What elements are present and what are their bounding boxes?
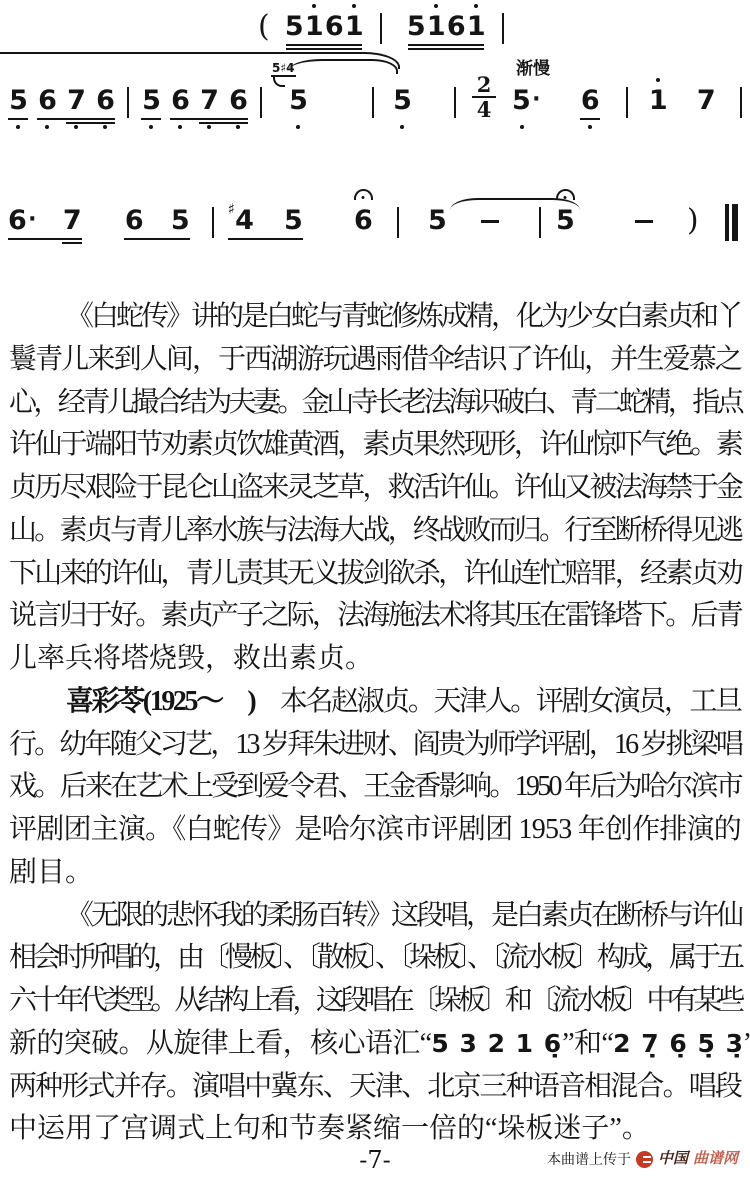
jianpu-note-6: 6· bbox=[8, 206, 38, 236]
octave-dot-below bbox=[236, 125, 240, 129]
barline bbox=[212, 207, 214, 238]
note-digit: 5 bbox=[284, 206, 302, 236]
beam-group: 65 bbox=[124, 206, 190, 236]
watermark-brand-dark: 中国 bbox=[658, 1150, 688, 1168]
parenthesis: ) bbox=[687, 204, 699, 238]
octave-dot-above bbox=[352, 4, 356, 8]
music-system-2: 5676567655♯4524渐慢5·617 bbox=[8, 86, 742, 120]
tie-curve bbox=[450, 198, 580, 212]
spacer bbox=[699, 206, 725, 207]
jianpu-note-1: 1 bbox=[344, 12, 364, 42]
spacer bbox=[364, 12, 380, 13]
beam-line bbox=[286, 48, 362, 50]
music-system-3: 6·765♯45655) bbox=[8, 206, 738, 241]
watermark: 本曲谱上传于 中国 曲谱网 bbox=[547, 1150, 738, 1168]
note-digit: 7 bbox=[697, 86, 715, 116]
text-segment: 下山来的许仙，青儿责其无义拔剑欲杀，许仙连忙赔罪，经素贞劝 bbox=[9, 558, 741, 589]
paragraph-1-line-9: 儿率兵将塔烧毁，救出素贞。 bbox=[9, 638, 741, 681]
spacer bbox=[308, 86, 372, 87]
text-segment: 本名赵淑贞。天津人。评剧女演员，工旦 bbox=[254, 686, 740, 717]
note-digit: 7 bbox=[63, 206, 81, 236]
jianpu-note-7: 7 bbox=[62, 206, 82, 236]
octave-dot-below bbox=[103, 125, 107, 129]
jianpu-note-1: 1 bbox=[466, 12, 486, 42]
note-digit: 6 bbox=[229, 86, 247, 116]
barline bbox=[740, 87, 742, 118]
line-text: 六十年代类型。从结构上看，这段唱在〔垛板〕和〔流水板〕中有某些 bbox=[9, 980, 741, 1023]
text-segment: 新的突破。从旋律上看，核心语汇“ bbox=[9, 1028, 431, 1059]
paragraph-1-line-8: 说言归于好。素贞产子之际，法海施法术将其压在雷锋塔下。后青 bbox=[9, 595, 741, 638]
beam-line bbox=[408, 44, 484, 46]
note-digit: 5 bbox=[285, 12, 303, 42]
jianpu-note-6: 6 bbox=[170, 86, 190, 116]
jianpu-note-6: 6 bbox=[580, 86, 600, 116]
octave-dot-below bbox=[74, 125, 78, 129]
duration-dash bbox=[481, 220, 499, 223]
spacer bbox=[373, 206, 397, 207]
beam-group: 5676 bbox=[8, 86, 115, 116]
paragraph-2-line-4: 评剧团主演。《白蛇传》是哈尔滨市评剧团 1953 年创作排演的 bbox=[9, 809, 741, 852]
line-text: 相会时所唱的，由〔慢板〕、〔散板〕、〔垛板〕、〔流水板〕构成，属于五 bbox=[9, 937, 741, 980]
beam-line bbox=[199, 122, 248, 124]
octave-dot-below bbox=[400, 125, 404, 129]
jianpu-note-5: 5 bbox=[170, 206, 190, 236]
spacer bbox=[382, 12, 406, 13]
jianpu-note-5: 5 bbox=[427, 206, 447, 236]
note-digit: 1 bbox=[345, 12, 363, 42]
jianpu-note-5: 5· bbox=[512, 86, 542, 116]
octave-dot-above bbox=[312, 4, 316, 8]
paragraph-3-line-2: 相会时所唱的，由〔慢板〕、〔散板〕、〔垛板〕、〔流水板〕构成，属于五 bbox=[9, 937, 741, 980]
watermark-prefix: 本曲谱上传于 bbox=[547, 1150, 631, 1168]
octave-dot-below bbox=[296, 125, 300, 129]
paragraph-1-line-5: 贞历尽艰险于昆仑山盗来灵芝草，救活许仙。许仙又被法海禁于金 bbox=[9, 467, 741, 510]
augmentation-dot: · bbox=[530, 86, 542, 114]
score-page: { "page": { "background": "#ffffff", "in… bbox=[0, 0, 750, 1182]
text-segment: ”和“ bbox=[562, 1028, 613, 1059]
beam-line bbox=[66, 122, 115, 124]
jianpu-note-7: 7 bbox=[66, 86, 86, 116]
barline bbox=[260, 87, 262, 118]
text-segment: 山。素贞与青儿率水族与法海大战，终战败而归。行至断桥得见逃 bbox=[9, 515, 741, 546]
spacer bbox=[214, 206, 228, 207]
final-barline-thick bbox=[732, 204, 738, 241]
jianpu-note-1: 1 bbox=[426, 12, 446, 42]
text-segment: 六十年代类型。从结构上看，这段唱在〔垛板〕和〔流水板〕中有某些 bbox=[9, 985, 741, 1016]
final-barline bbox=[725, 204, 738, 241]
spacer bbox=[412, 86, 454, 87]
final-barline-thin bbox=[725, 204, 729, 241]
time-signature-numerator: 2 bbox=[477, 74, 492, 95]
note-digit: 6 bbox=[581, 86, 599, 116]
note-digit: 5 bbox=[407, 12, 425, 42]
paragraph-3-line-3: 六十年代类型。从结构上看，这段唱在〔垛板〕和〔流水板〕中有某些 bbox=[9, 980, 741, 1023]
note-digit: 5 bbox=[171, 206, 189, 236]
jianpu-note-6: 6 bbox=[324, 12, 344, 42]
line-text: 中运用了宫调式上句和节奏紧缩一倍的“垛板迷子”。 bbox=[9, 1108, 650, 1151]
paragraph-3-line-6: 中运用了宫调式上句和节奏紧缩一倍的“垛板迷子”。 bbox=[9, 1108, 741, 1151]
jianpu-note-5: 5 bbox=[406, 12, 426, 42]
jianpu-note-7: 7 bbox=[199, 86, 219, 116]
paragraph-1-line-6: 山。素贞与青儿率水族与法海大战，终战败而归。行至断桥得见逃 bbox=[9, 510, 741, 553]
line-text: 贞历尽艰险于昆仑山盗来灵芝草，救活许仙。许仙又被法海禁于金 bbox=[9, 467, 741, 510]
note-digit: 7 bbox=[67, 86, 85, 116]
note-digit: 1 bbox=[427, 12, 445, 42]
beam-line bbox=[228, 238, 303, 240]
inline-jianpu-phrase: 2 7̣ 6̣ 5̣ 3̣ bbox=[613, 1029, 744, 1058]
text-segment: 儿率兵将塔烧毁，救出素贞。 bbox=[9, 643, 373, 674]
note-digit: 6 bbox=[354, 206, 372, 236]
beam-group: 5161 bbox=[406, 12, 486, 42]
jianpu-note-7: 7 bbox=[696, 86, 716, 116]
line-text: 心，经青儿撮合结为夫妻。金山寺长老法海识破白、青二蛇精，指点 bbox=[9, 382, 741, 425]
spacer bbox=[248, 86, 260, 87]
note-digit: 6 bbox=[96, 86, 114, 116]
paragraph-1-line-3: 心，经青儿撮合结为夫妻。金山寺长老法海识破白、青二蛇精，指点 bbox=[9, 382, 741, 425]
paragraph-2-line-3: 戏。后来在艺术上受到爱令君、王金香影响。1950 年后为哈尔滨市 bbox=[9, 766, 741, 809]
octave-dot-below bbox=[588, 125, 592, 129]
spacer bbox=[653, 206, 687, 207]
note-digit: 6 bbox=[8, 206, 26, 236]
paragraph-3-line-1: 《无限的悲怀我的柔肠百转》这段唱，是白素贞在断桥与许仙 bbox=[9, 895, 741, 938]
line-text: 《白蛇传》讲的是白蛇与青蛇修炼成精，化为少女白素贞和丫 bbox=[66, 296, 741, 339]
line-text: 鬟青儿来到人间，于西湖游玩遇雨借伞结识了许仙，并生爱慕之 bbox=[9, 339, 741, 382]
beam-line bbox=[37, 118, 115, 120]
beam-group: 5161 bbox=[284, 12, 364, 42]
octave-dot-below bbox=[149, 125, 153, 129]
line-text: 新的突破。从旋律上看，核心语汇“5 3 2 1 6̣”和“2 7̣ 6̣ 5̣ … bbox=[9, 1023, 750, 1066]
line-text: 说言归于好。素贞产子之际，法海施法术将其压在雷锋塔下。后青 bbox=[9, 595, 741, 638]
octave-dot-below bbox=[16, 125, 20, 129]
jianpu-note-5: 5 bbox=[284, 12, 304, 42]
duration-dash bbox=[635, 220, 653, 223]
paragraph-1-line-1: 《白蛇传》讲的是白蛇与青蛇修炼成精，化为少女白素贞和丫 bbox=[9, 296, 741, 339]
note-digit: 1 bbox=[649, 86, 667, 116]
inline-jianpu-phrase: 5 3 2 1 6̣ bbox=[431, 1029, 562, 1058]
jianpu-note-6: 6 bbox=[95, 86, 115, 116]
spacer bbox=[496, 86, 512, 87]
note-digit: 5 bbox=[142, 86, 160, 116]
jianpu-note-5: 5 bbox=[283, 206, 303, 236]
paragraph-1-line-2: 鬟青儿来到人间，于西湖游玩遇雨借伞结识了许仙，并生爱慕之 bbox=[9, 339, 741, 382]
sharp-accidental: ♯ bbox=[228, 201, 234, 217]
paragraph-3-line-4: 新的突破。从旋律上看，核心语汇“5 3 2 1 6̣”和“2 7̣ 6̣ 5̣ … bbox=[9, 1023, 741, 1066]
jianpu-note-5: 55♯4 bbox=[288, 86, 308, 116]
text-segment: 《无限的悲怀我的柔肠百转》这段唱，是白素贞在断桥与许仙 bbox=[66, 900, 741, 931]
note-digit: 6 bbox=[171, 86, 189, 116]
tempo-label: 渐慢 bbox=[516, 59, 550, 79]
paragraph-2-line-5: 剧目。 bbox=[9, 852, 741, 895]
spacer bbox=[542, 86, 580, 87]
spacer bbox=[190, 206, 212, 207]
note-digit: 4 bbox=[235, 206, 253, 236]
text-segment: 许仙于端阳节劝素贞饮雄黄酒，素贞果然现形，许仙惊吓气绝。素 bbox=[9, 429, 741, 460]
beam-group: 5676 bbox=[141, 86, 248, 116]
spacer bbox=[303, 206, 353, 207]
line-text: 山。素贞与青儿率水族与法海大战，终战败而归。行至断桥得见逃 bbox=[9, 510, 741, 553]
spacer bbox=[129, 86, 141, 87]
line-text: 儿率兵将塔烧毁，救出素贞。 bbox=[9, 638, 373, 681]
parenthesis: ( bbox=[258, 10, 270, 44]
jianpu-note-1: 1 bbox=[304, 12, 324, 42]
text-block: 《白蛇传》讲的是白蛇与青蛇修炼成精，化为少女白素贞和丫鬟青儿来到人间，于西湖游玩… bbox=[9, 296, 741, 1151]
spacer bbox=[716, 86, 740, 87]
jianpu-note-6: 6 bbox=[228, 86, 248, 116]
paragraph-1-line-4: 许仙于端阳节劝素贞饮雄黄酒，素贞果然现形，许仙惊吓气绝。素 bbox=[9, 424, 741, 467]
note-digit: 7 bbox=[200, 86, 218, 116]
spacer bbox=[600, 86, 626, 87]
line-text: 剧目。 bbox=[9, 852, 93, 895]
barline bbox=[397, 207, 399, 238]
spacer bbox=[486, 12, 502, 13]
note-digit: 5 bbox=[289, 86, 307, 116]
augmentation-dot: · bbox=[26, 206, 38, 234]
paragraph-2-line-2: 行。幼年随父习艺，13 岁拜朱进财、阎贵为师学评剧，16 岁挑梁唱 bbox=[9, 724, 741, 767]
octave-dot-above bbox=[474, 4, 478, 8]
spacer bbox=[399, 206, 427, 207]
spacer bbox=[115, 86, 127, 87]
note-digit: 5 bbox=[428, 206, 446, 236]
line-text: 《无限的悲怀我的柔肠百转》这段唱，是白素贞在断桥与许仙 bbox=[66, 895, 741, 938]
bold-text: 喜彩苓(1925～ ) bbox=[66, 686, 254, 717]
beam-line bbox=[8, 238, 82, 240]
jianpu-note-6: 6 bbox=[446, 12, 466, 42]
note-digit: 6 bbox=[38, 86, 56, 116]
barline bbox=[127, 87, 129, 118]
spacer bbox=[270, 12, 284, 13]
spacer bbox=[628, 86, 648, 87]
beam-line bbox=[170, 118, 248, 120]
line-text: 许仙于端阳节劝素贞饮雄黄酒，素贞果然现形，许仙惊吓气绝。素 bbox=[9, 424, 741, 467]
spacer bbox=[575, 206, 635, 207]
text-segment: 戏。后来在艺术上受到爱令君、王金香影响。1950 年后为哈尔滨市 bbox=[9, 771, 741, 802]
jianpu-note-4: ♯4 bbox=[228, 206, 253, 236]
jianpu-note-6: 6 bbox=[37, 86, 57, 116]
beam-line bbox=[124, 238, 190, 240]
octave-dot-below bbox=[520, 125, 524, 129]
barline bbox=[626, 87, 628, 118]
note-digit: 1 bbox=[467, 12, 485, 42]
jianpu-note-1: 1 bbox=[648, 86, 668, 116]
spacer bbox=[374, 86, 392, 87]
beam-line bbox=[580, 118, 600, 120]
slur-curve bbox=[288, 59, 398, 74]
note-digit: 6 bbox=[125, 206, 143, 236]
text-segment: 心，经青儿撮合结为夫妻。金山寺长老法海识破白、青二蛇精，指点 bbox=[9, 387, 741, 418]
line-text: 评剧团主演。《白蛇传》是哈尔滨市评剧团 1953 年创作排演的 bbox=[9, 809, 741, 852]
barline bbox=[372, 87, 374, 118]
note-digit: 6 bbox=[447, 12, 465, 42]
text-segment: 剧目。 bbox=[9, 857, 93, 888]
paragraph-1-line-7: 下山来的许仙，青儿责其无义拔剑欲杀，许仙连忙赔罪，经素贞劝 bbox=[9, 553, 741, 596]
barline bbox=[380, 13, 382, 44]
spacer bbox=[82, 206, 124, 207]
text-segment: 两种形式并存。演唱中冀东、天津、北京三种语音相混合。唱段 bbox=[9, 1071, 741, 1102]
octave-dot-above bbox=[434, 4, 438, 8]
beam-line bbox=[141, 118, 161, 120]
barline bbox=[454, 87, 456, 118]
text-segment: 中运用了宫调式上句和节奏紧缩一倍的“垛板迷子”。 bbox=[9, 1113, 650, 1144]
jianpu-note-5: 5 bbox=[141, 86, 161, 116]
beam-group: 6·7 bbox=[8, 206, 82, 236]
beam-line bbox=[8, 118, 28, 120]
jianpu-note-5: 5 bbox=[8, 86, 28, 116]
time-signature: 24渐慢 bbox=[472, 74, 496, 120]
text-segment: 鬟青儿来到人间，于西湖游玩遇雨借伞结识了许仙，并生爱慕之 bbox=[9, 344, 741, 375]
text-segment: 说言归于好。素贞产子之际，法海施法术将其压在雷锋塔下。后青 bbox=[9, 600, 741, 631]
octave-dot-below bbox=[45, 125, 49, 129]
watermark-brand-red: 曲谱网 bbox=[693, 1150, 738, 1168]
spacer bbox=[456, 86, 472, 87]
jianpu-note-6: 6 bbox=[353, 206, 373, 236]
note-digit: 5 bbox=[9, 86, 27, 116]
music-system-1: (51615161 bbox=[258, 12, 504, 44]
line-text: 行。幼年随父习艺，13 岁拜朱进财、阎贵为师学评剧，16 岁挑梁唱 bbox=[9, 724, 741, 767]
line-text: 戏。后来在艺术上受到爱令君、王金香影响。1950 年后为哈尔滨市 bbox=[9, 766, 741, 809]
time-signature-denominator: 4 bbox=[477, 99, 492, 120]
beam-group: ♯45 bbox=[228, 206, 303, 236]
spacer bbox=[668, 86, 696, 87]
paragraph-2-line-1: 喜彩苓(1925～ ) 本名赵淑贞。天津人。评剧女演员，工旦 bbox=[9, 681, 741, 724]
text-segment: 行。幼年随父习艺，13 岁拜朱进财、阎贵为师学评剧，16 岁挑梁唱 bbox=[9, 729, 741, 760]
octave-dot-below bbox=[207, 125, 211, 129]
text-segment: 相会时所唱的，由〔慢板〕、〔散板〕、〔垛板〕、〔流水板〕构成，属于五 bbox=[9, 942, 741, 973]
line-text: 喜彩苓(1925～ ) 本名赵淑贞。天津人。评剧女演员，工旦 bbox=[66, 681, 741, 724]
jianpu-note-6: 6 bbox=[124, 206, 144, 236]
octave-dot-below bbox=[178, 125, 182, 129]
octave-dot-above bbox=[656, 78, 660, 82]
paragraph-3-line-5: 两种形式并存。演唱中冀东、天津、北京三种语音相混合。唱段 bbox=[9, 1066, 741, 1109]
line-text: 下山来的许仙，青儿责其无义拔剑欲杀，许仙连忙赔罪，经素贞劝 bbox=[9, 553, 741, 596]
beam-line bbox=[408, 48, 484, 50]
note-digit: 5 bbox=[512, 86, 530, 116]
beam-line bbox=[62, 242, 82, 244]
jianpu-note-5: 5 bbox=[392, 86, 412, 116]
line-text: 两种形式并存。演唱中冀东、天津、北京三种语音相混合。唱段 bbox=[9, 1066, 741, 1109]
c-circle-logo-icon bbox=[636, 1151, 653, 1168]
note-digit: 1 bbox=[305, 12, 323, 42]
text-segment: 评剧团主演。《白蛇传》是哈尔滨市评剧团 1953 年创作排演的 bbox=[9, 814, 741, 845]
fermata-icon bbox=[354, 189, 373, 200]
text-segment: 贞历尽艰险于昆仑山盗来灵芝草，救活许仙。许仙又被法海禁于金 bbox=[9, 472, 741, 503]
note-digit: 5 bbox=[393, 86, 411, 116]
text-segment: ” bbox=[744, 1028, 750, 1059]
barline bbox=[502, 13, 504, 44]
note-digit: 6 bbox=[325, 12, 343, 42]
beam-line bbox=[286, 44, 362, 46]
text-segment: 《白蛇传》讲的是白蛇与青蛇修炼成精，化为少女白素贞和丫 bbox=[66, 301, 741, 332]
